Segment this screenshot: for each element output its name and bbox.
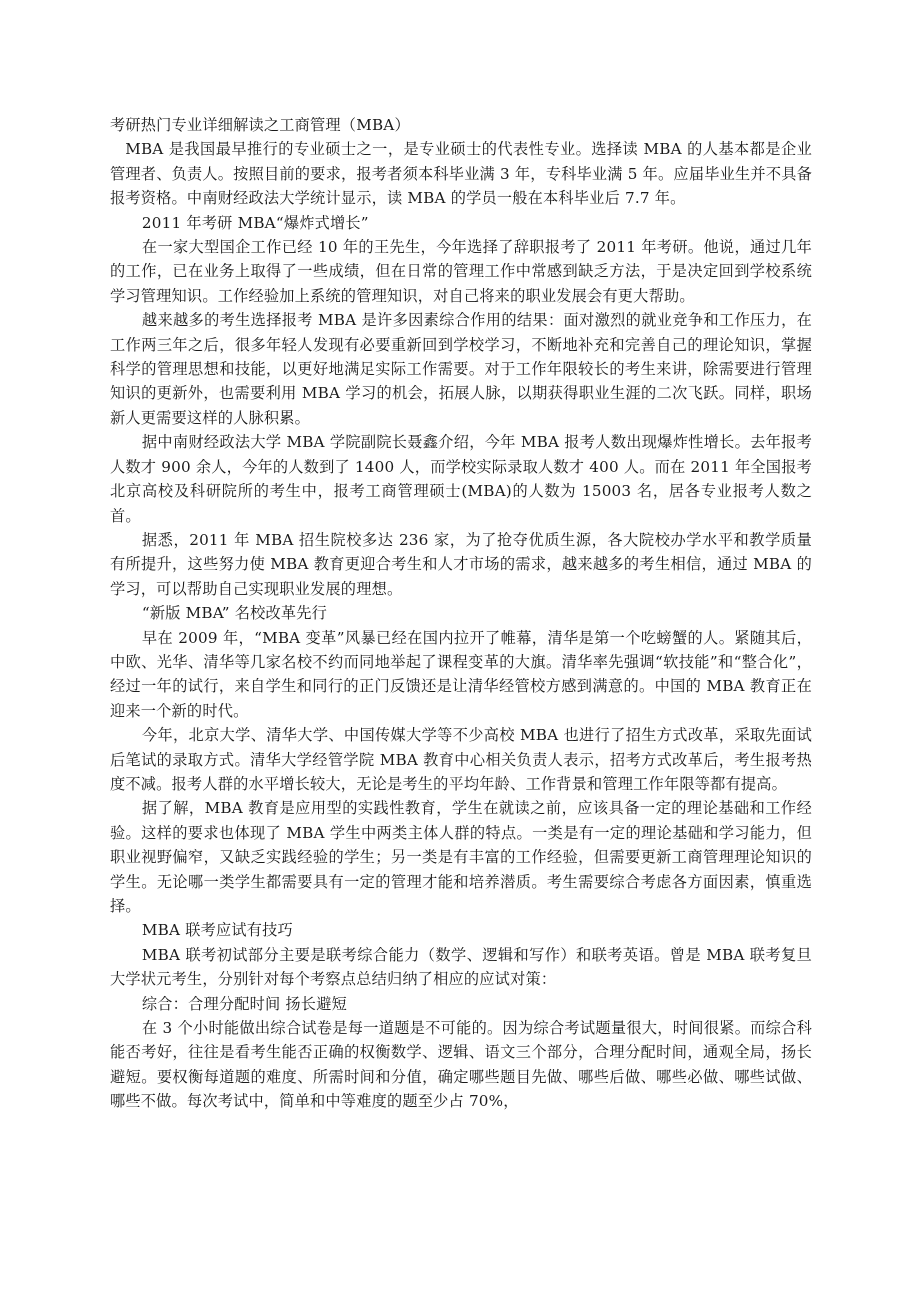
paragraph: 早在 2009 年，“MBA 变革”风暴已经在国内拉开了帷幕，清华是第一个吃螃蟹… [110, 626, 812, 724]
paragraph: MBA 是我国最早推行的专业硕士之一，是专业硕士的代表性专业。选择读 MBA 的… [110, 137, 812, 210]
paragraph: MBA 联考初试部分主要是联考综合能力（数学、逻辑和写作）和联考英语。曾是 MB… [110, 943, 812, 992]
paragraph: 越来越多的考生选择报考 MBA 是许多因素综合作用的结果：面对激烈的就业竞争和工… [110, 308, 812, 430]
paragraph: 据悉，2011 年 MBA 招生院校多达 236 家，为了抢夺优质生源，各大院校… [110, 528, 812, 601]
paragraph: 据中南财经政法大学 MBA 学院副院长聂鑫介绍，今年 MBA 报考人数出现爆炸性… [110, 430, 812, 528]
paragraph: 今年，北京大学、清华大学、中国传媒大学等不少高校 MBA 也进行了招生方式改革，… [110, 723, 812, 796]
section-heading: 2011 年考研 MBA“爆炸式增长” [110, 211, 812, 235]
document-title: 考研热门专业详细解读之工商管理（MBA） [110, 113, 812, 137]
section-heading: “新版 MBA” 名校改革先行 [110, 601, 812, 625]
paragraph: 在一家大型国企工作已经 10 年的王先生，今年选择了辞职报考了 2011 年考研… [110, 235, 812, 308]
document-page: 考研热门专业详细解读之工商管理（MBA） MBA 是我国最早推行的专业硕士之一，… [110, 113, 812, 1114]
paragraph: 据了解，MBA 教育是应用型的实践性教育，学生在就读之前，应该具备一定的理论基础… [110, 796, 812, 918]
section-heading: MBA 联考应试有技巧 [110, 918, 812, 942]
paragraph: 在 3 个小时能做出综合试卷是每一道题是不可能的。因为综合考试题量很大，时间很紧… [110, 1016, 812, 1114]
section-heading: 综合：合理分配时间 扬长避短 [110, 992, 812, 1016]
